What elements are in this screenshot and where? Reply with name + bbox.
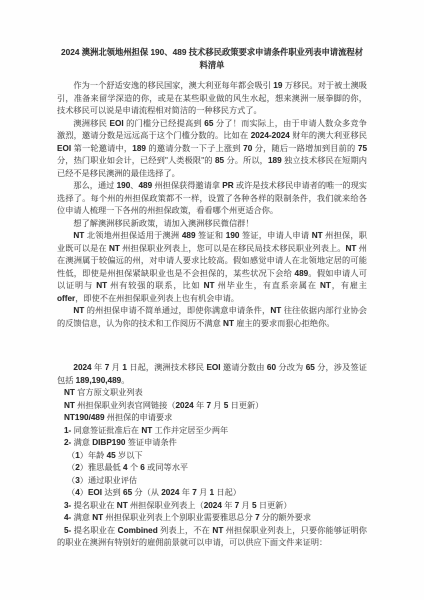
requirements-heading: NT190/489 州担保的申请要求 — [57, 412, 367, 425]
requirement-item-5: 5- 提名职业在 Combined 列表上，不在 NT 州担保职业列表上，只要你… — [57, 525, 367, 550]
dibp-condition-2: （2）雅思最低 4 个 6 或同等水平 — [57, 462, 367, 475]
eoi-update-note: 2024 年 7 月 1 日起，澳洲技术移民 EOI 邀请分数由 60 分改为 … — [57, 362, 367, 387]
intro-paragraph-1: 作为一个舒适安逸的移民国家，澳大利亚每年都会吸引 19 万移民。对于被土澳吸引，… — [57, 80, 367, 118]
official-list-line: NT 官方原文职业列表 — [57, 387, 367, 400]
requirement-item-4: 4- 满意 NT 州担保职业列表上个别职业需要雅思总分 7 分的额外要求 — [57, 512, 367, 525]
dibp-condition-1: （1）年龄 45 岁以下 — [57, 450, 367, 463]
intro-paragraph-2: 澳洲移民 EOI 的门槛分已经提高到 65 分了！而实际上，由于申请人数众多竞争… — [57, 118, 367, 181]
requirement-item-3: 3- 提名职业在 NT 州担保职业列表上（2024 年 7 月 5 日更新） — [57, 500, 367, 513]
intro-paragraph-3: 那么，通过 190、489 州担保获得邀请拿 PR 或许是技术移民申请者的唯一的… — [57, 180, 367, 218]
dibp-condition-3: （3）通过职业评估 — [57, 475, 367, 488]
requirement-item-1: 1- 同意签证批准后在 NT 工作并定居至少两年 — [57, 425, 367, 438]
document-title: 2024 澳洲北领地州担保 190、489 技术移民政策要求申请条件职业列表申请… — [57, 46, 367, 71]
occupation-list-link-line: NT 州担保职业列表官网链接（2024 年 7 月 5 日更新） — [57, 400, 367, 413]
wechat-note: 想了解澳洲移民新政策，请加入澳洲移民微信群！ — [57, 218, 367, 231]
nt-overview-paragraph: NT 北领地州担保适用于澳洲 489 签证和 190 签证，申请人申请 NT 州… — [57, 230, 367, 305]
document-page: 2024 澳洲北领地州担保 190、489 技术移民政策要求申请条件职业列表申请… — [0, 0, 424, 600]
document-content: 2024 澳洲北领地州担保 190、489 技术移民政策要求申请条件职业列表申请… — [0, 0, 424, 550]
requirement-item-2: 2- 满意 DIBP190 签证申请条件 — [57, 437, 367, 450]
nt-difficulty-paragraph: NT 的州担保申请不简单通过，即使你满意申请条件，NT 往往依据内部行业协会的反… — [57, 305, 367, 330]
dibp-condition-4: （4）EOI 达到 65 分（从 2024 年 7 月 1 日起） — [57, 487, 367, 500]
